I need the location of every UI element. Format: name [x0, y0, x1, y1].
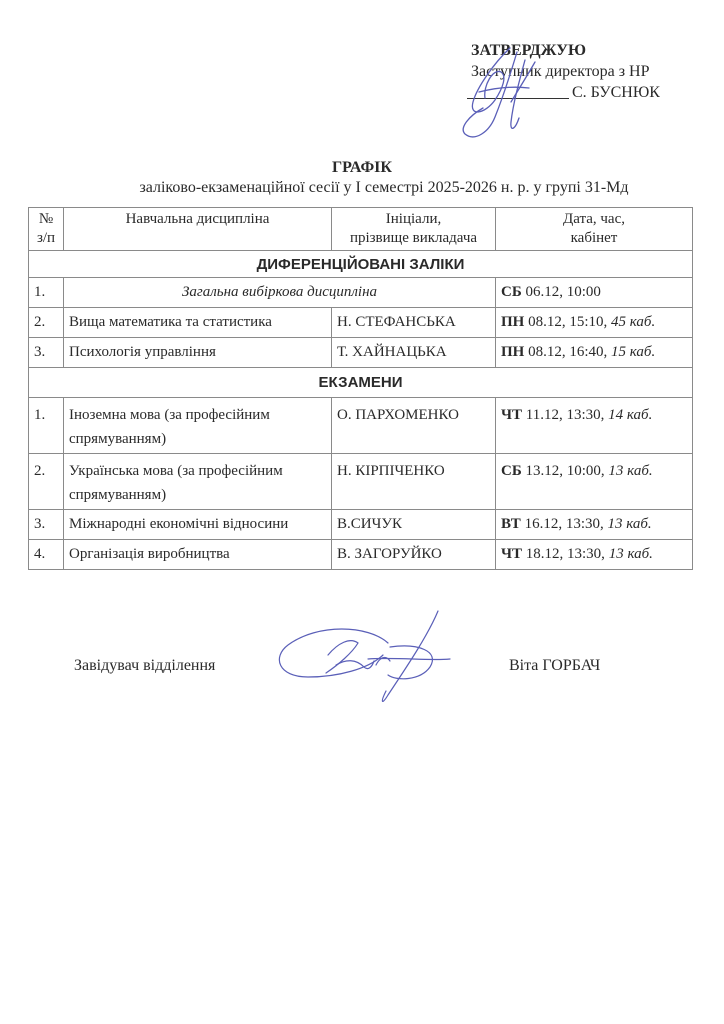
table-header-row: № з/п Навчальна дисципліна Ініціали, прі…: [29, 208, 693, 251]
row-num: 3.: [29, 510, 64, 540]
section-row-credits: ДИФЕРЕНЦІЙОВАНІ ЗАЛІКИ: [29, 251, 693, 278]
row-num: 2.: [29, 454, 64, 510]
row-day: ПН: [501, 344, 524, 360]
row-teacher: О. ПАРХОМЕНКО: [332, 398, 496, 454]
row-num: 3.: [29, 338, 64, 368]
row-room: 13 каб.: [607, 516, 651, 532]
row-date: ЧТ 18.12, 13:30, 13 каб.: [496, 540, 693, 570]
header-num-line1: №: [34, 210, 58, 229]
schedule-table: № з/п Навчальна дисципліна Ініціали, прі…: [28, 207, 693, 570]
row-room: 45 каб.: [611, 314, 655, 330]
row-datetime: 08.12, 15:10,: [524, 314, 611, 330]
row-num: 1.: [29, 278, 64, 308]
table-row: 2. Українська мова (за професійним спрям…: [29, 454, 693, 510]
table-row: 1. Загальна вибіркова дисципліна СБ 06.1…: [29, 278, 693, 308]
row-day: ЧТ: [501, 407, 522, 423]
row-teacher: Н. КІРПІЧЕНКО: [332, 454, 496, 510]
row-num: 1.: [29, 398, 64, 454]
footer-name: Віта ГОРБАЧ: [509, 657, 600, 675]
header-num: № з/п: [29, 208, 64, 251]
table-row: 1. Іноземна мова (за професійним спрямув…: [29, 398, 693, 454]
row-num: 2.: [29, 308, 64, 338]
row-date: ВТ 16.12, 13:30, 13 каб.: [496, 510, 693, 540]
row-subject: Організація виробництва: [64, 540, 332, 570]
row-datetime: 16.12, 13:30,: [521, 516, 608, 532]
row-room: 13 каб.: [609, 546, 653, 562]
signature-blank-line: [467, 82, 569, 99]
row-subject: Вища математика та статистика: [64, 308, 332, 338]
table-row: 2. Вища математика та статистика Н. СТЕФ…: [29, 308, 693, 338]
row-subject: Міжнародні економічні відносини: [64, 510, 332, 540]
row-teacher: Т. ХАЙНАЦЬКА: [332, 338, 496, 368]
row-datetime: 18.12, 13:30,: [522, 546, 609, 562]
section-title: ЕКЗАМЕНИ: [29, 368, 693, 398]
head-signature-icon: [268, 585, 453, 715]
row-datetime: 06.12, 10:00: [522, 284, 601, 300]
header-date: Дата, час, кабінет: [496, 208, 693, 251]
row-day: СБ: [501, 284, 522, 300]
header-teacher-line2: прізвище викладача: [337, 229, 490, 248]
row-teacher: В.СИЧУК: [332, 510, 496, 540]
row-teacher: Н. СТЕФАНСЬКА: [332, 308, 496, 338]
row-teacher: В. ЗАГОРУЙКО: [332, 540, 496, 570]
section-row-exams: ЕКЗАМЕНИ: [29, 368, 693, 398]
header-num-line2: з/п: [34, 229, 58, 248]
header-teacher-line1: Ініціали,: [337, 210, 490, 229]
row-subject: Психологія управління: [64, 338, 332, 368]
row-subject: Іноземна мова (за професійним спрямуванн…: [64, 398, 332, 454]
row-subject: Загальна вибіркова дисципліна: [64, 278, 496, 308]
table-row: 4. Організація виробництва В. ЗАГОРУЙКО …: [29, 540, 693, 570]
approval-heading: ЗАТВЕРДЖУЮ: [471, 40, 660, 61]
row-subject: Українська мова (за професійним спрямува…: [64, 454, 332, 510]
footer-position: Завідувач відділення: [74, 657, 215, 675]
row-day: СБ: [501, 463, 522, 479]
approval-position: Заступник директора з НР: [471, 61, 660, 82]
row-num: 4.: [29, 540, 64, 570]
header-subject: Навчальна дисципліна: [64, 208, 332, 251]
document-title: ГРАФІК: [0, 158, 724, 178]
header-date-line1: Дата, час,: [501, 210, 687, 229]
approval-signature-line: С. БУСНЮК: [471, 82, 660, 103]
row-day: ЧТ: [501, 546, 522, 562]
table-row: 3. Психологія управління Т. ХАЙНАЦЬКА ПН…: [29, 338, 693, 368]
row-day: ПН: [501, 314, 524, 330]
row-date: ЧТ 11.12, 13:30, 14 каб.: [496, 398, 693, 454]
section-title: ДИФЕРЕНЦІЙОВАНІ ЗАЛІКИ: [29, 251, 693, 278]
row-room: 13 каб.: [608, 463, 652, 479]
row-datetime: 13.12, 10:00,: [522, 463, 609, 479]
row-date: ПН 08.12, 16:40, 15 каб.: [496, 338, 693, 368]
row-room: 15 каб.: [611, 344, 655, 360]
table-row: 3. Міжнародні економічні відносини В.СИЧ…: [29, 510, 693, 540]
approval-name: С. БУСНЮК: [572, 82, 660, 103]
header-teacher: Ініціали, прізвище викладача: [332, 208, 496, 251]
header-date-line2: кабінет: [501, 229, 687, 248]
row-date: СБ 06.12, 10:00: [496, 278, 693, 308]
row-datetime: 08.12, 16:40,: [524, 344, 611, 360]
row-room: 14 каб.: [608, 407, 652, 423]
row-datetime: 11.12, 13:30,: [522, 407, 608, 423]
document-subtitle: заліково-екзаменаційної сесії у І семест…: [0, 178, 724, 198]
row-date: СБ 13.12, 10:00, 13 каб.: [496, 454, 693, 510]
row-day: ВТ: [501, 516, 521, 532]
row-date: ПН 08.12, 15:10, 45 каб.: [496, 308, 693, 338]
approval-block: ЗАТВЕРДЖУЮ Заступник директора з НР С. Б…: [471, 40, 660, 103]
document-title-block: ГРАФІК заліково-екзаменаційної сесії у І…: [0, 158, 724, 198]
